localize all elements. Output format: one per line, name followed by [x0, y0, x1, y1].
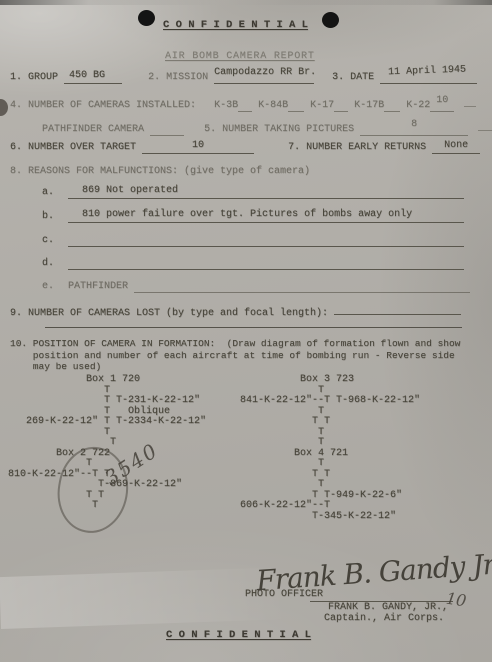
date-label: 3. DATE	[332, 72, 374, 83]
over-target-field: 10	[142, 142, 254, 154]
taking-pictures-field: 8	[360, 124, 468, 136]
early-returns-label: 7. NUMBER EARLY RETURNS	[288, 142, 426, 153]
row-group-mission-date: 1. GROUP 450 BG 2. MISSION Campodazzo RR…	[10, 72, 477, 84]
date-field: 11 April 1945	[380, 72, 477, 84]
camera-type-k84b: K-84B	[258, 100, 288, 111]
mission-label: 2. MISSION	[148, 72, 208, 83]
group-field: 450 BG	[64, 72, 122, 84]
reasons-label: 8. REASONS FOR MALFUNCTIONS: (give type …	[10, 166, 310, 177]
edge-smudge-mark	[0, 99, 8, 116]
classification-banner-top: C O N F I D E N T I A L	[163, 19, 308, 31]
reason-c-letter: c.	[42, 235, 54, 246]
mission-value: Campodazzo RR Br.	[214, 67, 316, 78]
taking-pictures-label: 5. NUMBER TAKING PICTURES	[204, 124, 354, 135]
camera-type-k17: K-17	[310, 100, 334, 111]
early-returns-value: None	[444, 140, 468, 151]
document-title: AIR BOMB CAMERA REPORT	[165, 51, 315, 62]
reason-row-c: c.	[42, 235, 464, 247]
camera-k84b-field	[288, 100, 304, 112]
row-q8: 8. REASONS FOR MALFUNCTIONS: (give type …	[10, 166, 310, 177]
officer-rank: Captain., Air Corps.	[324, 613, 444, 624]
reason-b-value: 810 power failure over tgt. Pictures of …	[68, 209, 412, 220]
row-pathfinder-q5: PATHFINDER CAMERA 5. NUMBER TAKING PICTU…	[42, 119, 492, 136]
reason-d-field	[68, 258, 464, 270]
punch-hole-left	[138, 10, 155, 26]
reason-b-letter: b.	[42, 211, 54, 222]
row-cameras-installed: 4. NUMBER OF CAMERAS INSTALLED: K-3B K-8…	[10, 95, 476, 112]
reason-row-b: b. 810 power failure over tgt. Pictures …	[42, 211, 464, 223]
reason-e-field	[134, 281, 470, 293]
scanned-document-page: C O N F I D E N T I A L AIR BOMB CAMERA …	[0, 0, 492, 662]
over-target-value: 10	[192, 140, 204, 151]
camera-type-k17b: K-17B	[354, 100, 384, 111]
reason-row-d: d.	[42, 258, 464, 270]
reason-a-value: 869 Not operated	[68, 185, 178, 196]
group-label: 1. GROUP	[10, 72, 58, 83]
date-value: 11 April 1945	[380, 65, 466, 79]
camera-k17-field	[334, 100, 348, 112]
camera-k22-value: 10	[436, 95, 448, 106]
formation-diagram-boxes-3-4: Box 3 723 T 841-K-22-12"--T T-968-K-22-1…	[240, 375, 420, 522]
classification-banner-bottom: C O N F I D E N T I A L	[166, 629, 311, 641]
cameras-lost-field	[334, 303, 461, 315]
camera-k3b-field	[238, 100, 252, 112]
scan-edge-shadow	[0, 0, 492, 5]
cameras-installed-label: 4. NUMBER OF CAMERAS INSTALLED:	[10, 100, 196, 111]
reason-a-field: 869 Not operated	[68, 187, 464, 199]
mission-field: Campodazzo RR Br.	[214, 72, 314, 84]
pathfinder-camera-label: PATHFINDER CAMERA	[42, 124, 144, 135]
cameras-lost-continuation-line	[45, 316, 462, 328]
camera-k17b-field	[384, 100, 400, 112]
early-returns-field: None	[432, 142, 480, 154]
reason-a-letter: a.	[42, 187, 54, 198]
reason-d-letter: d.	[42, 258, 54, 269]
position-of-camera-instructions: 10. POSITION OF CAMERA IN FORMATION: (Dr…	[10, 338, 460, 373]
pathfinder-camera-field	[150, 124, 184, 136]
officer-typed-name: FRANK B. GANDY, JR.,	[328, 602, 448, 613]
reason-b-field: 810 power failure over tgt. Pictures of …	[68, 211, 464, 223]
reason-e-prefix: PATHFINDER	[68, 281, 128, 292]
row-q6-q7: 6. NUMBER OVER TARGET 10 7. NUMBER EARLY…	[10, 142, 480, 154]
handwritten-page-number: 10	[445, 589, 468, 611]
camera-k22-field: 10	[430, 100, 454, 112]
reason-e-letter: e.	[42, 281, 54, 292]
camera-type-k22: K-22	[406, 100, 430, 111]
reason-c-field	[68, 235, 464, 247]
over-target-label: 6. NUMBER OVER TARGET	[10, 142, 136, 153]
camera-type-k3b: K-3B	[214, 100, 238, 111]
reason-row-e: e. PATHFINDER	[42, 281, 470, 293]
punch-hole-right	[322, 12, 339, 28]
group-value: 450 BG	[64, 70, 105, 81]
reason-row-a: a. 869 Not operated	[42, 187, 464, 199]
taking-pictures-value: 8	[411, 119, 417, 130]
